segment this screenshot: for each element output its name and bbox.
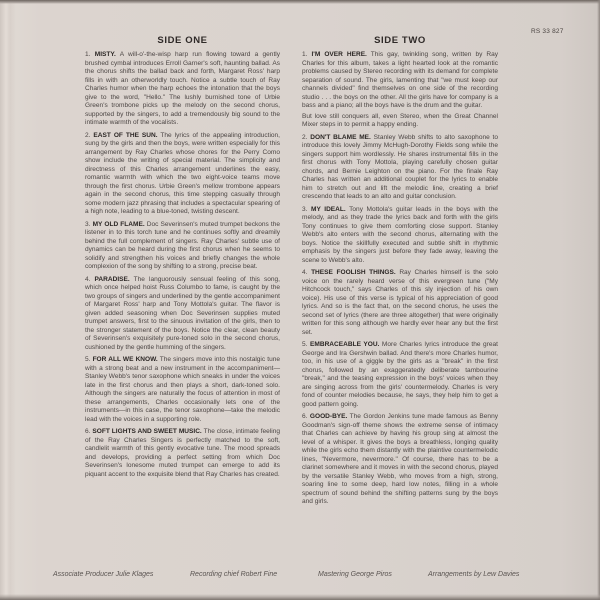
credit-mastering: Mastering George Piros [318,571,392,578]
track-number: 5. [302,341,307,348]
track-note: 3. MY OLD FLAME. Doc Severinsen's muted … [85,221,280,272]
track-description: Ray Charles himself is the solo voice on… [302,269,498,336]
track-title: FOR ALL WE KNOW. [93,356,158,363]
track-number: 5. [85,356,90,363]
track-description: The close, intimate feeling of the Ray C… [85,428,280,478]
credit-arrangements: Arrangements by Lew Davies [428,571,519,578]
track-title: MY OLD FLAME. [93,221,145,228]
track-description: A will-o'-the-wisp harp run flowing towa… [85,51,280,126]
track-note: 4. PARADISE. The languorously sensual fe… [85,276,280,353]
track-title: PARADISE. [95,276,130,283]
track-note: 3. MY IDEAL. Tony Mottola's guitar leads… [302,206,498,266]
track-description: The Gordon Jenkins tune made famous as B… [302,413,498,505]
track-number: 4. [302,269,307,276]
credit-recording-chief: Recording chief Robert Fine [190,571,277,578]
track-note: 2. DON'T BLAME ME. Stanley Webb shifts t… [302,134,498,202]
credits-line: Associate Producer Julie Klages Recordin… [0,571,600,583]
credit-associate-producer: Associate Producer Julie Klages [53,571,153,578]
album-back-cover: RS 33 827 SIDE ONE 1. MISTY. A will-o'-t… [0,0,600,600]
track-number: 1. [302,51,307,58]
track-description: This gay, twinkling song, written by Ray… [302,51,498,109]
track-note: 4. THESE FOOLISH THINGS. Ray Charles him… [302,269,498,337]
track-description: More Charles lyrics introduce the great … [302,341,498,408]
track-description: The singers move into this nostalgic tun… [85,356,280,423]
track-note: 2. EAST OF THE SUN. The lyrics of the ap… [85,132,280,217]
track-description: The lyrics of the appealing introduction… [85,132,280,216]
catalog-number: RS 33 827 [531,28,564,35]
track-number: 2. [302,134,307,141]
track-title: THESE FOOLISH THINGS. [311,269,396,276]
track-note: 1. I'M OVER HERE. This gay, twinkling so… [302,51,498,111]
track-note: 1. MISTY. A will-o'-the-wisp harp run fl… [85,51,280,128]
track-title: EAST OF THE SUN. [93,132,157,139]
track-number: 6. [302,413,307,420]
track-note: 5. EMBRACEABLE YOU. More Charles lyrics … [302,341,498,409]
track-number: 4. [85,276,90,283]
side-one-heading: SIDE ONE [85,35,280,46]
track-number: 1. [85,51,90,58]
track-title: MISTY. [95,51,116,58]
track-note: 6. GOOD-BYE. The Gordon Jenkins tune mad… [302,413,498,507]
track-number: 3. [85,221,90,228]
track-note: 5. FOR ALL WE KNOW. The singers move int… [85,356,280,424]
track-description: Tony Mottola's guitar leads in the boys … [302,206,498,264]
side-one-column: SIDE ONE 1. MISTY. A will-o'-the-wisp ha… [85,35,280,483]
track-title: EMBRACEABLE YOU. [310,341,379,348]
track-number: 6. [85,428,90,435]
side-two-column: SIDE TWO 1. I'M OVER HERE. This gay, twi… [302,35,498,511]
track-title: DON'T BLAME ME. [310,134,371,141]
track-title: I'M OVER HERE. [311,51,366,58]
cover-bottom-edge [0,594,600,600]
track-title: GOOD-BYE. [310,413,347,420]
track-description: The languorously sensual feeling of this… [85,276,280,351]
track-note: 6. SOFT LIGHTS AND SWEET MUSIC. The clos… [85,428,280,479]
track-number: 3. [302,206,307,213]
track-number: 2. [85,132,90,139]
track-extra-paragraph: But love still conquers all, even Stereo… [302,113,498,130]
side-two-heading: SIDE TWO [302,35,498,46]
track-title: SOFT LIGHTS AND SWEET MUSIC. [92,428,201,435]
track-title: MY IDEAL. [311,206,346,213]
track-description: Stanley Webb shifts to alto saxophone to… [302,134,498,201]
cover-top-edge [0,0,600,4]
